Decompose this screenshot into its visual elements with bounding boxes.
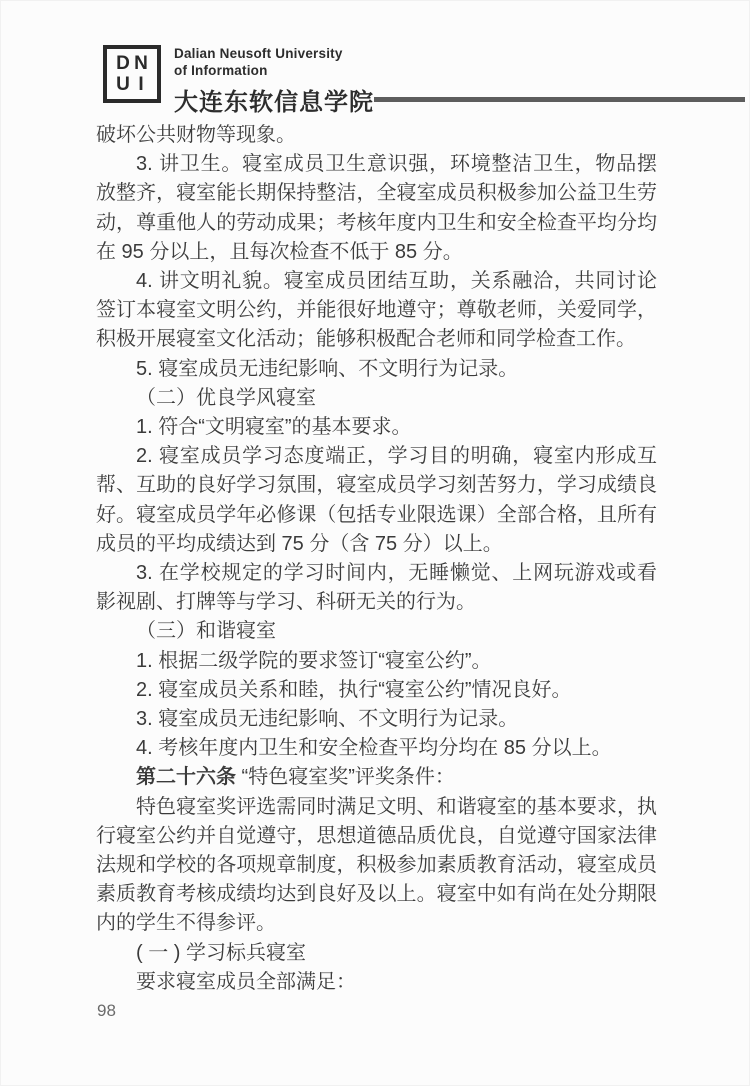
paragraph-text: 特色寝室奖评选需同时满足文明、和谐寝室的基本要求，执行寝室公约并自觉遵守，思想道… xyxy=(96,796,657,935)
header-rule xyxy=(374,97,745,102)
paragraph-text: 3. 寝室成员无违纪影响、不文明行为记录。 xyxy=(136,708,518,730)
section-heading: ( 一 ) 学习标兵寝室 xyxy=(96,939,657,968)
paragraph: 2. 寝室成员关系和睦，执行“寝室公约”情况良好。 xyxy=(96,676,657,705)
paragraph: 3. 寝室成员无违纪影响、不文明行为记录。 xyxy=(96,705,657,734)
paragraph: 4. 考核年度内卫生和安全检查平均分均在 85 分以上。 xyxy=(96,734,657,763)
article-heading: 第二十六条 “特色寝室奖”评奖条件： xyxy=(96,763,657,792)
paragraph: 2. 寝室成员学习态度端正，学习目的明确，寝室内形成互帮、互助的良好学习氛围，寝… xyxy=(96,442,657,559)
logo-mark: D N U I xyxy=(103,45,161,103)
paragraph: 3. 在学校规定的学习时间内，无睡懒觉、上网玩游戏或看影视剧、打牌等与学习、科研… xyxy=(96,559,657,617)
paragraph: 1. 根据二级学院的要求签订“寝室公约”。 xyxy=(96,647,657,676)
paragraph: 破坏公共财物等现象。 xyxy=(96,121,657,150)
logo-letter: D xyxy=(116,54,130,73)
document-body: 破坏公共财物等现象。 3. 讲卫生。寝室成员卫生意识强，环境整洁卫生，物品摆放整… xyxy=(96,121,657,997)
paragraph-text: 1. 符合“文明寝室”的基本要求。 xyxy=(136,416,412,438)
page-number: 98 xyxy=(97,1001,116,1021)
paragraph: 3. 讲卫生。寝室成员卫生意识强，环境整洁卫生，物品摆放整齐，寝室能长期保持整洁… xyxy=(96,150,657,267)
logo-letter: I xyxy=(138,75,143,94)
paragraph: 要求寝室成员全部满足： xyxy=(96,968,657,997)
paragraph: 5. 寝室成员无违纪影响、不文明行为记录。 xyxy=(96,355,657,384)
logo-letter: U xyxy=(116,75,130,94)
paragraph-text: “特色寝室奖”评奖条件： xyxy=(236,766,455,788)
paragraph: 4. 讲文明礼貌。寝室成员团结互助，关系融洽，共同讨论签订本寝室文明公约，并能很… xyxy=(96,267,657,355)
paragraph-text: 5. 寝室成员无违纪影响、不文明行为记录。 xyxy=(136,358,518,380)
paragraph-text: （三）和谐寝室 xyxy=(136,620,276,642)
university-name: Dalian Neusoft University of Information… xyxy=(174,45,374,117)
section-heading: （二）优良学风寝室 xyxy=(96,384,657,413)
paragraph: 特色寝室奖评选需同时满足文明、和谐寝室的基本要求，执行寝室公约并自觉遵守，思想道… xyxy=(96,793,657,939)
section-heading: （三）和谐寝室 xyxy=(96,617,657,646)
university-logo: D N U I Dalian Neusoft University of Inf… xyxy=(103,45,374,117)
university-name-en-line1: Dalian Neusoft University xyxy=(174,45,374,62)
paragraph-text: 3. 在学校规定的学习时间内，无睡懒觉、上网玩游戏或看影视剧、打牌等与学习、科研… xyxy=(96,562,657,613)
paragraph-text: ( 一 ) 学习标兵寝室 xyxy=(136,942,306,964)
paragraph-text: 2. 寝室成员学习态度端正，学习目的明确，寝室内形成互帮、互助的良好学习氛围，寝… xyxy=(96,445,657,555)
paragraph-text: 2. 寝室成员关系和睦，执行“寝室公约”情况良好。 xyxy=(136,679,572,701)
paragraph-text: 要求寝室成员全部满足： xyxy=(136,971,356,993)
paragraph-text: 4. 考核年度内卫生和安全检查平均分均在 85 分以上。 xyxy=(136,737,612,759)
paragraph-text: 破坏公共财物等现象。 xyxy=(96,124,296,146)
paragraph-text: 4. 讲文明礼貌。寝室成员团结互助，关系融洽，共同讨论签订本寝室文明公约，并能很… xyxy=(96,270,657,350)
document-page: D N U I Dalian Neusoft University of Inf… xyxy=(0,0,750,1086)
paragraph: 1. 符合“文明寝室”的基本要求。 xyxy=(96,413,657,442)
logo-letter: N xyxy=(134,54,148,73)
paragraph-text: 1. 根据二级学院的要求签订“寝室公约”。 xyxy=(136,650,492,672)
university-name-en-line2: of Information xyxy=(174,62,374,79)
paragraph-text: （二）优良学风寝室 xyxy=(136,387,316,409)
paragraph-text: 3. 讲卫生。寝室成员卫生意识强，环境整洁卫生，物品摆放整齐，寝室能长期保持整洁… xyxy=(96,153,657,263)
article-number: 第二十六条 xyxy=(136,766,236,788)
university-name-zh: 大连东软信息学院 xyxy=(174,82,374,117)
